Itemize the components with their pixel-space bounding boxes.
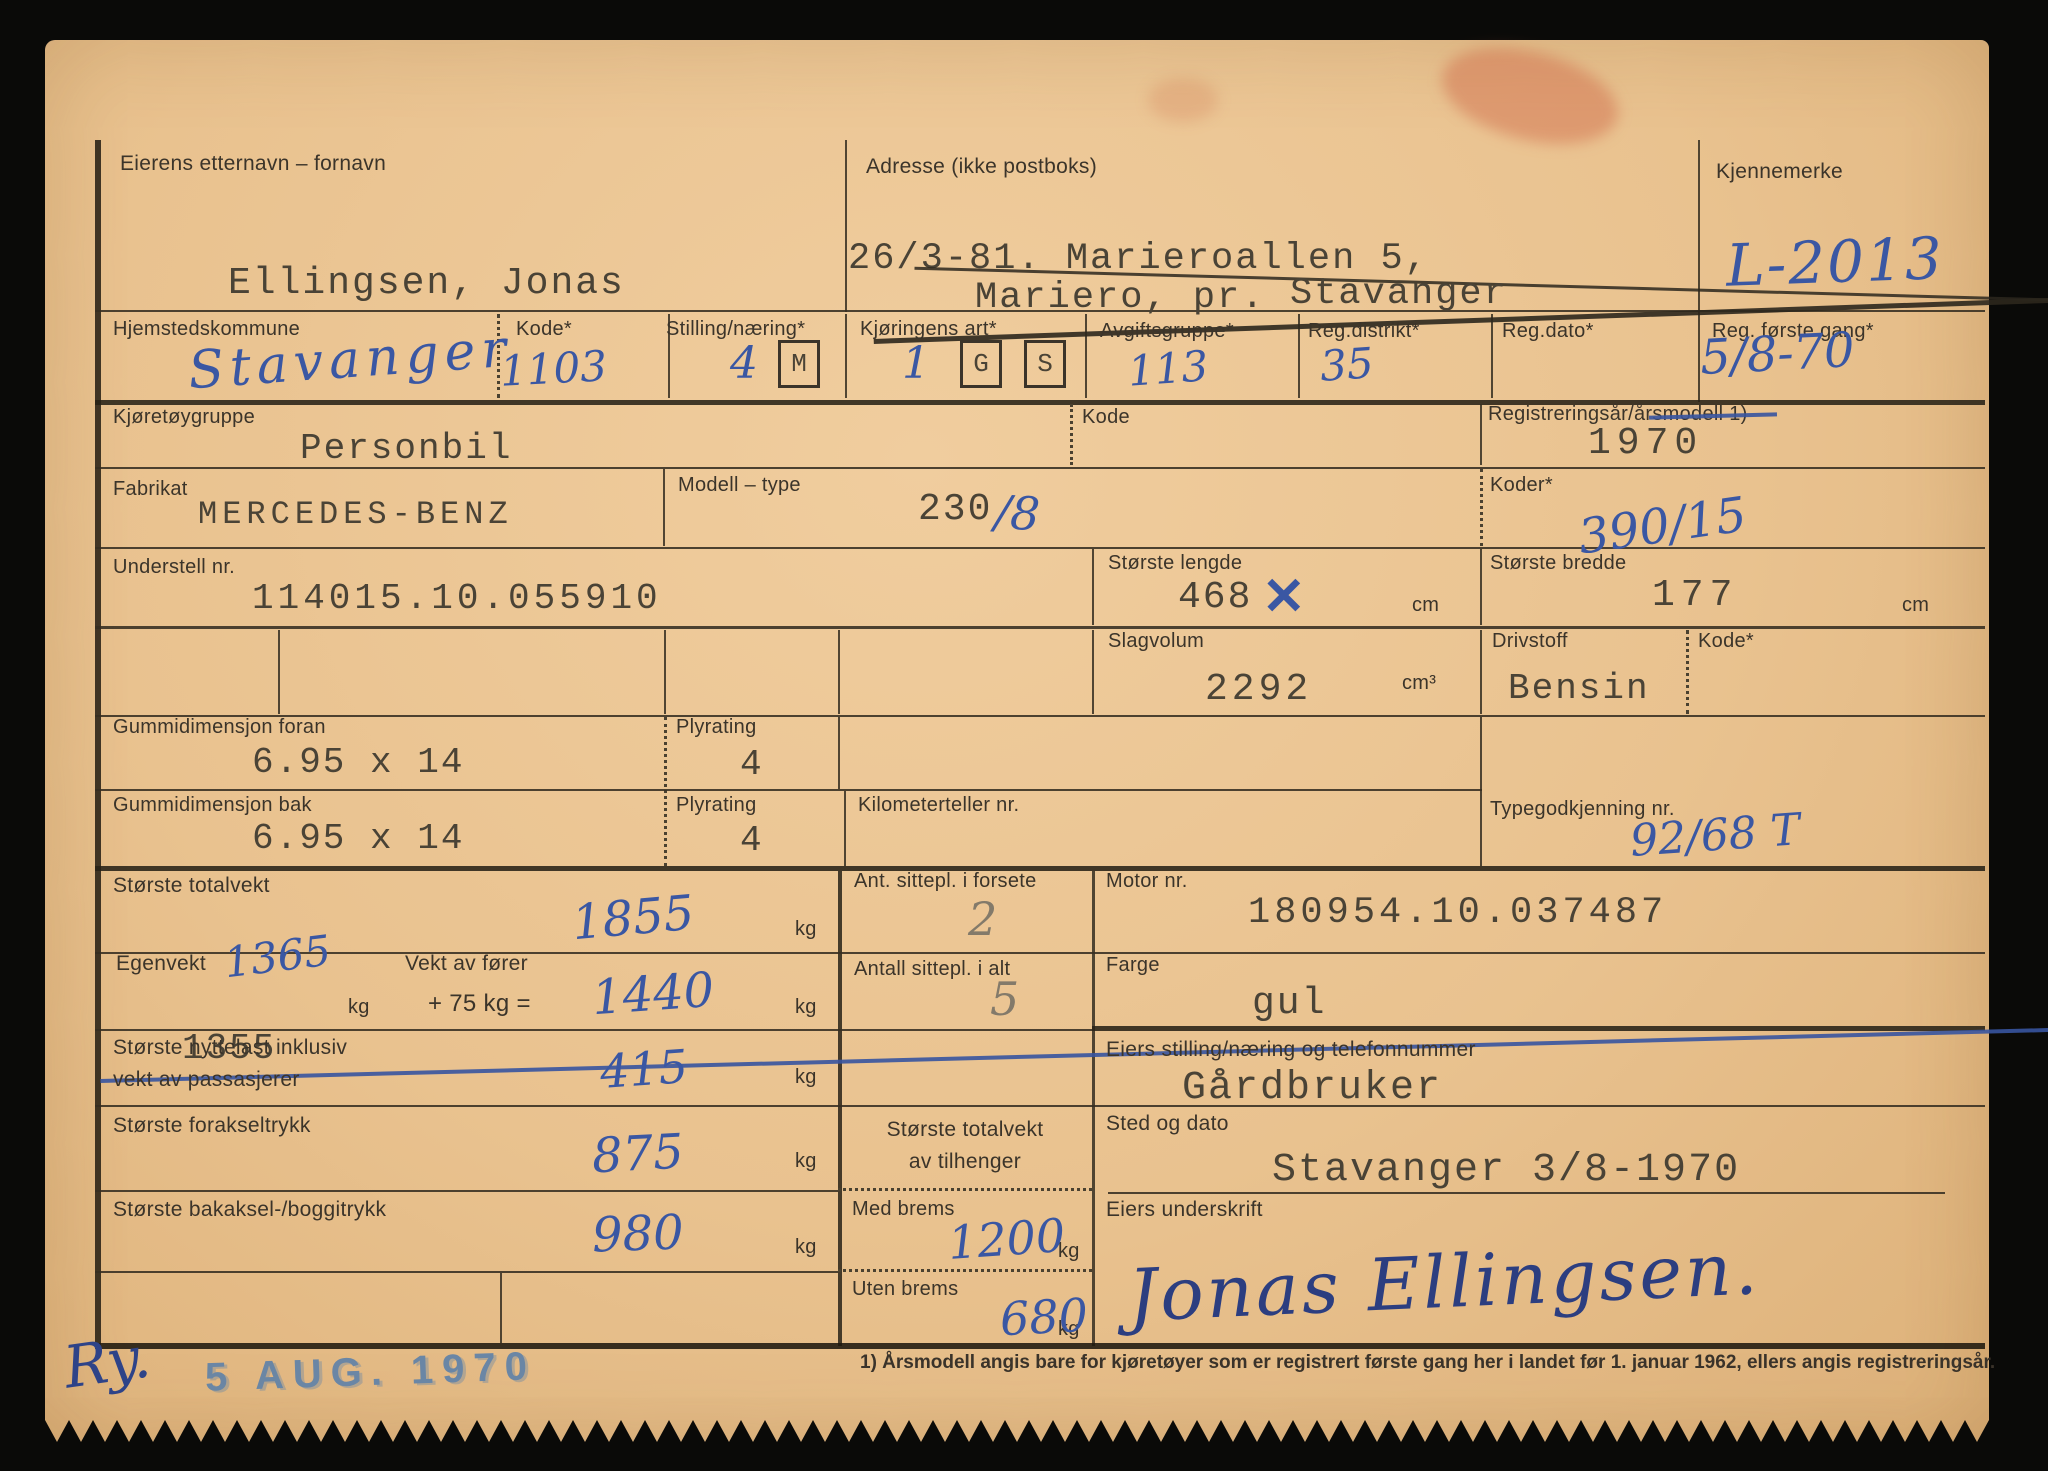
forsete-label: Ant. sittepl. i forsete [854, 870, 1037, 893]
divider [664, 630, 666, 714]
kode-label: Kode* [516, 318, 572, 341]
tilhenger-label-1: Største totalvekt [838, 1118, 1092, 1142]
owner-label: Eierens etternavn – fornavn [120, 152, 386, 176]
footnote-text: 1) Årsmodell angis bare for kjøretøyer s… [860, 1352, 1995, 1374]
slagvolum-label: Slagvolum [1108, 630, 1204, 653]
stilling-code-box: M [778, 340, 820, 388]
kode-value: 1103 [499, 341, 608, 396]
ialt-label: Antall sittepl. i alt [854, 958, 1010, 981]
dotted-divider [664, 717, 667, 866]
ialt-value: 5 [990, 972, 1019, 1026]
foraksel-unit: kg [795, 1150, 817, 1173]
lengde-strike-x: ✕ [1262, 566, 1306, 627]
nyttelast-label-1: Største nyttelast inklusiv [113, 1036, 347, 1060]
modell-value-hand: /8 [993, 485, 1041, 542]
drivstoff-label: Drivstoff [1492, 630, 1568, 653]
egenvekt-unit: kg [348, 996, 370, 1019]
sted-dato-label: Sted og dato [1106, 1112, 1229, 1136]
forsete-value: 2 [968, 892, 997, 946]
divider [1480, 717, 1482, 866]
nyttelast-value: 415 [598, 1039, 689, 1099]
regyear-value: 1970 [1588, 422, 1703, 465]
dotted-divider [1686, 630, 1689, 714]
totalvekt-label: Største totalvekt [113, 874, 270, 898]
bakaksel-label: Største bakaksel-/boggitrykk [113, 1198, 386, 1222]
lengde-value: 468 [1178, 576, 1252, 619]
lengde-unit: cm [1412, 594, 1439, 617]
bakaksel-value: 980 [591, 1204, 685, 1263]
totalvekt-unit: kg [795, 918, 817, 941]
fabrikat-value: MERCEDES-BENZ [198, 496, 513, 533]
plate-label: Kjennemerke [1716, 160, 1843, 184]
art-code-box-s: S [1024, 340, 1066, 388]
gruppe-label: Kjøretøygruppe [113, 406, 255, 429]
lengde-label: Største lengde [1108, 552, 1242, 575]
dotted-divider [1480, 469, 1483, 546]
nyttelast-unit: kg [795, 1066, 817, 1089]
divider [1092, 871, 1095, 1346]
drivstoff-value: Bensin [1508, 668, 1650, 709]
divider [845, 140, 847, 312]
address-line2: Stavanger [1290, 273, 1508, 315]
avgift-value: 113 [1126, 341, 1209, 395]
eiers-stilling-value: Gårdbruker [1182, 1066, 1442, 1111]
divider [838, 630, 840, 714]
dotted-divider [1070, 404, 1073, 465]
plyrating1-value: 4 [740, 744, 764, 785]
divider [1480, 549, 1482, 625]
plyrating1-label: Plyrating [676, 716, 757, 739]
utenbrems-label: Uten brems [852, 1278, 958, 1301]
red-smudge-small [1148, 78, 1218, 122]
medbrems-value: 1200 [946, 1208, 1067, 1270]
gummi-bak-label: Gummidimensjon bak [113, 794, 312, 817]
divider [845, 314, 847, 398]
gummi-foran-value: 6.95 x 14 [252, 742, 464, 783]
foraksel-label: Største forakseltrykk [113, 1114, 311, 1138]
plyrating2-value: 4 [740, 820, 764, 861]
slagvolum-unit: cm³ [1402, 672, 1436, 695]
egenvekt-sum-value: 1440 [590, 962, 716, 1026]
rule [95, 1271, 838, 1273]
rule [95, 626, 1985, 629]
utenbrems-value: 680 [999, 1288, 1090, 1347]
farge-value: gul [1252, 982, 1326, 1025]
registration-card-scan: Eierens etternavn – fornavn Ellingsen, J… [0, 0, 2048, 1471]
nyttelast-label-2: vekt av passasjerer [113, 1068, 300, 1092]
divider [500, 1273, 502, 1343]
understell-label: Understell nr. [113, 556, 235, 579]
koder-label: Koder* [1490, 474, 1553, 497]
totalvekt-value: 1855 [570, 885, 697, 951]
plyrating2-label: Plyrating [676, 794, 757, 817]
distrikt-value: 35 [1318, 338, 1375, 391]
rule [95, 1105, 1985, 1107]
divider [1092, 549, 1094, 625]
understell-value: 114015.10.055910 [252, 578, 662, 619]
farge-label: Farge [1106, 954, 1160, 977]
motor-label: Motor nr. [1106, 870, 1188, 893]
gummi-foran-label: Gummidimensjon foran [113, 716, 326, 739]
divider [278, 630, 280, 714]
rule [95, 789, 1482, 791]
motor-value: 180954.10.037487 [1248, 892, 1667, 934]
rule [95, 1190, 838, 1192]
divider [1092, 630, 1094, 714]
divider [1085, 314, 1087, 398]
forste-value: 5/8-70 [1699, 322, 1856, 386]
dotted-rule [838, 1269, 1092, 1272]
gummi-bak-value: 6.95 x 14 [252, 818, 464, 859]
modell-label: Modell – type [678, 474, 801, 497]
rule [95, 715, 1985, 717]
plus75-label: + 75 kg = [428, 990, 531, 1018]
stilling-value: 4 [730, 338, 758, 389]
art-code-box-g: G [960, 340, 1002, 388]
clerk-initials: Ry. [60, 1322, 155, 1401]
owner-value: Ellingsen, Jonas [228, 262, 625, 305]
foraksel-value: 875 [591, 1124, 685, 1185]
divider [838, 717, 840, 789]
thick-divider [838, 871, 842, 1346]
fabrikat-label: Fabrikat [113, 478, 188, 501]
divider [844, 791, 846, 866]
address-label: Adresse (ikke postboks) [866, 155, 1097, 179]
kilometerteller-label: Kilometerteller nr. [858, 794, 1019, 817]
rule [95, 952, 1985, 954]
medbrems-label: Med brems [852, 1198, 955, 1221]
underskrift-label: Eiers underskrift [1106, 1198, 1263, 1222]
divider [1491, 314, 1493, 398]
divider [663, 469, 665, 546]
bredde-unit: cm [1902, 594, 1929, 617]
slagvolum-value: 2292 [1205, 668, 1312, 711]
thick-rule [95, 866, 1985, 871]
bredde-value: 177 [1652, 574, 1738, 617]
vekt-av-forer-label: Vekt av fører [405, 952, 528, 976]
modell-value: 230 [918, 488, 992, 531]
plate-value: L-2013 [1725, 224, 1945, 300]
divider [1480, 404, 1482, 465]
divider [1480, 630, 1482, 714]
gruppe-value: Personbil [300, 428, 512, 469]
sted-dato-value: Stavanger 3/8-1970 [1272, 1148, 1740, 1193]
art-value: 1 [902, 338, 930, 389]
kode2-label: Kode [1082, 406, 1130, 429]
sum-unit: kg [795, 996, 817, 1019]
kode3-label: Kode* [1698, 630, 1754, 653]
regdato-label: Reg.dato* [1502, 320, 1594, 343]
eiers-stilling-label: Eiers stilling/næring og telefonnummer [1106, 1038, 1476, 1062]
tilhenger-label-2: av tilhenger [838, 1150, 1092, 1174]
egenvekt-label: Egenvekt [116, 952, 206, 976]
avgift-label: Avgiftsgruppe* [1100, 320, 1234, 343]
dotted-rule [838, 1188, 1092, 1191]
bakaksel-unit: kg [795, 1236, 817, 1259]
form-left-border [95, 140, 101, 1346]
